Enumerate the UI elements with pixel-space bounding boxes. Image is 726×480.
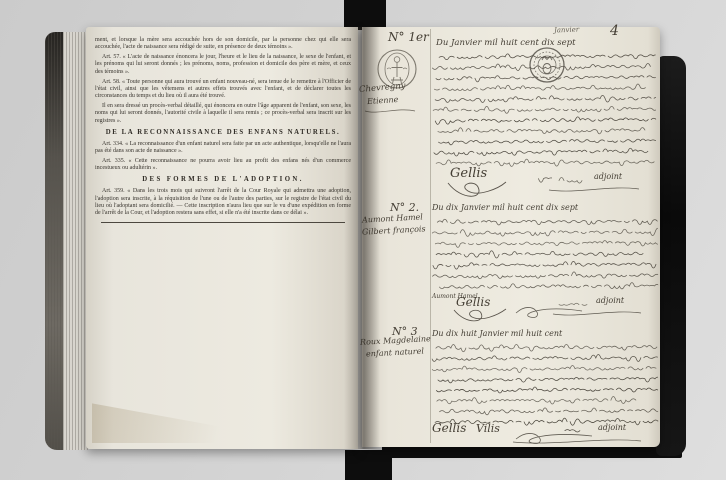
circular-crown-stamp-icon xyxy=(527,45,567,85)
entry-3-signature-adjoint: adjoint xyxy=(598,423,626,432)
paragraph-art-335: Art. 335. « Cette reconnaissance ne pour… xyxy=(95,158,351,173)
top-month-note: Janvier xyxy=(554,26,579,35)
entry-1-adjoint-name-scribble xyxy=(552,175,592,185)
adjoint-underline-flourish xyxy=(552,309,642,317)
paragraph-art-359: Art. 359. « Dans les trois mois qui suiv… xyxy=(95,188,351,217)
entry-2-margin-firstname: Gilbert françois xyxy=(362,224,426,236)
signature-paraph-flourish xyxy=(452,305,508,325)
paragraph-intro: ment, et lorsque la mère sera accouchée … xyxy=(95,37,351,52)
paper-stain xyxy=(92,399,262,443)
section-rule xyxy=(101,222,344,223)
entry-3-signature-officiant: Gellis xyxy=(432,421,466,435)
paragraph-art-57: Art. 57. « L'acte de naissance énoncera … xyxy=(95,54,351,76)
signature-paraph-flourish xyxy=(446,177,508,201)
entry-2-margin-name: Aumont Hamel xyxy=(362,212,423,224)
adjoint-underline-flourish xyxy=(512,437,642,445)
cover-edge-right xyxy=(656,56,686,456)
entry-1-signature-adjoint: adjoint xyxy=(594,172,622,181)
entry-3-opening: Du dix huit Janvier mil huit cent xyxy=(432,329,562,338)
entry-3-handwriting-lines xyxy=(432,340,658,431)
left-page: ment, et lorsque la mère sera accouchée … xyxy=(86,27,358,449)
entry-1-small-mark xyxy=(532,173,552,183)
entry-3-adjoint-name-scribble xyxy=(558,425,596,435)
folio-number: 4 xyxy=(610,23,619,39)
entry-3-margin-note: enfant naturel xyxy=(366,346,424,358)
entry-2-adjoint-name-scribble xyxy=(554,299,594,309)
heading-reconnaissance: DE LA RECONNAISSANCE DES ENFANS NATURELS… xyxy=(95,129,351,137)
paragraph-art-58-suite: Il en sera dressé un procès-verbal détai… xyxy=(95,103,351,125)
paragraph-art-334: Art. 334. « La reconnaissance d'un enfan… xyxy=(95,141,351,156)
paragraph-art-58: Art. 58. « Toute personne qui aura trouv… xyxy=(95,79,351,101)
page-stack-stripes xyxy=(45,32,88,450)
page-stack-edge xyxy=(45,32,88,450)
entry-3-signature-witness: Vilis xyxy=(476,422,500,435)
entry-1-number: N° 1er xyxy=(388,30,429,44)
entry-1-margin-firstname: Etienne xyxy=(367,95,399,106)
adjoint-underline-flourish xyxy=(548,185,640,193)
entry-1-margin-name: Chevregny xyxy=(359,81,406,95)
margin-rule-line xyxy=(430,29,431,443)
entry-2-opening: Du dix Janvier mil huit cent dix sept xyxy=(432,203,578,212)
entry-2-handwriting-lines xyxy=(432,214,658,295)
printed-text-block: ment, et lorsque la mère sera accouchée … xyxy=(95,37,351,223)
entry-3-margin-name: Roux Magdelaine xyxy=(360,334,431,347)
margin-underline-flourish xyxy=(364,107,416,115)
right-page: Janvier 4 N° 1er Chevregny Etienne Du Ja… xyxy=(362,27,660,447)
scanned-register-page: ment, et lorsque la mère sera accouchée … xyxy=(0,0,726,480)
heading-adoption: DES FORMES DE L'ADOPTION. xyxy=(95,176,351,184)
spine-gap-top xyxy=(344,0,386,30)
entry-2-signature-adjoint: adjoint xyxy=(596,296,624,305)
